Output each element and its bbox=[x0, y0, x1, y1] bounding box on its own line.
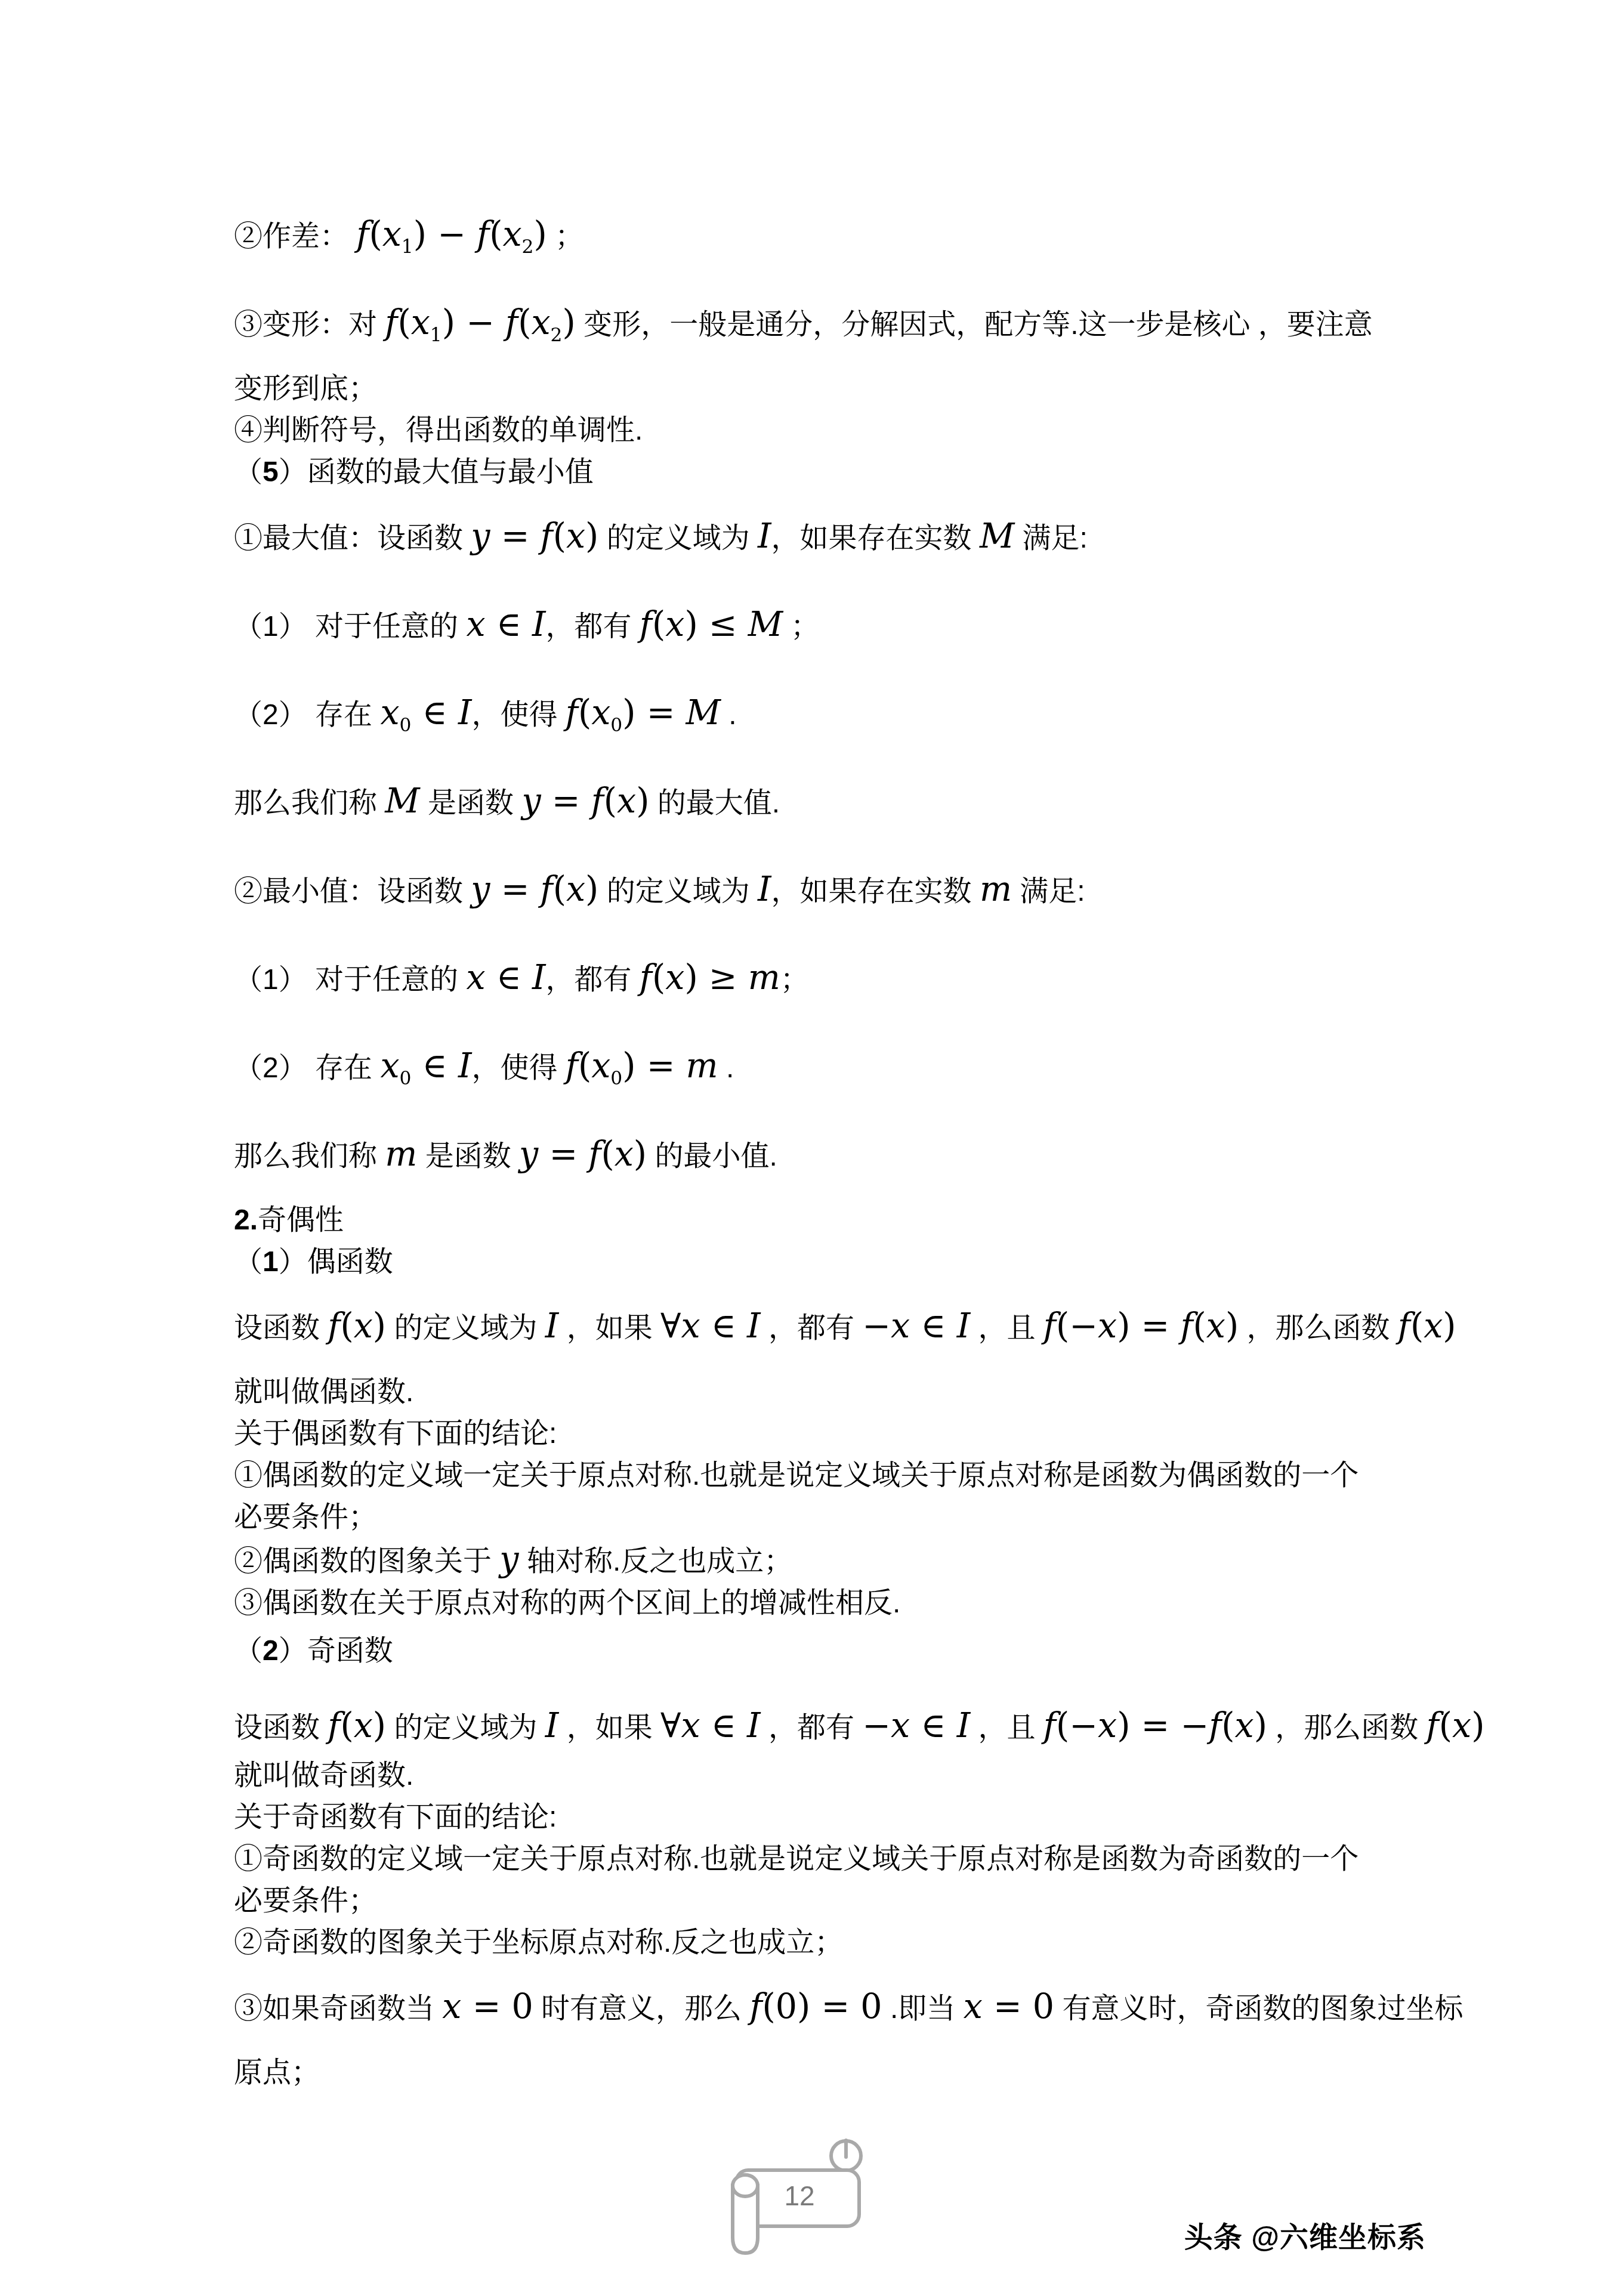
odd-conclusion-3-cont: 原点； bbox=[234, 2054, 1427, 2091]
text-run: 就叫做奇函数. bbox=[234, 1760, 413, 1791]
text-run: ③偶函数在关于原点对称的两个区间上的增减性相反. bbox=[234, 1587, 900, 1619]
text-run: .即当 bbox=[882, 1993, 964, 2025]
text-run: ，都有 bbox=[546, 964, 640, 996]
min-def-intro: ②最小值：设函数 y = f(x) 的定义域为 I，如果存在实数 m 满足: bbox=[234, 871, 1427, 910]
text-run: ； bbox=[783, 611, 819, 642]
math-formula: f(−x) = f(x) bbox=[1043, 1306, 1239, 1346]
math-formula: x0 ∈ I bbox=[380, 1046, 471, 1086]
even-def-cont: 就叫做偶函数. bbox=[234, 1374, 1427, 1411]
math-formula: ∀x ∈ I bbox=[660, 1706, 761, 1745]
even-function-header: （1）偶函数 bbox=[234, 1244, 1427, 1281]
math-formula: m bbox=[385, 1135, 417, 1174]
math-formula: x0 ∈ I bbox=[380, 693, 471, 733]
text-run: ，那么函数 bbox=[1267, 1712, 1427, 1744]
text-run: ）奇函数 bbox=[279, 1635, 393, 1667]
step-transform-cont: 变形到底； bbox=[234, 370, 1427, 407]
math-formula: y = f(x) bbox=[471, 517, 598, 556]
text-run: （1） 对于任意的 bbox=[234, 964, 466, 996]
text-run: ③变形：对 bbox=[234, 309, 385, 341]
bold-run: 5 bbox=[263, 456, 279, 488]
text-run: ②偶函数的图象关于 bbox=[234, 1546, 499, 1577]
math-formula: I bbox=[545, 1306, 559, 1346]
text-run: ，使得 bbox=[471, 699, 565, 731]
step-subtract: ②作差： f(x1) − f(x2) ； bbox=[234, 216, 1427, 255]
text-run: ）函数的最大值与最小值 bbox=[279, 456, 594, 488]
text-run: 的定义域为 bbox=[598, 523, 758, 554]
document-page: ②作差： f(x1) − f(x2) ；③变形：对 f(x1) − f(x2) … bbox=[0, 0, 1624, 2296]
max-def-intro: ①最大值：设函数 y = f(x) 的定义域为 I，如果存在实数 M 满足: bbox=[234, 518, 1427, 557]
math-formula: f(x1) − f(x2) bbox=[385, 303, 575, 342]
bold-run: 2. bbox=[234, 1204, 258, 1236]
text-run: 那么我们称 bbox=[234, 787, 385, 819]
watermark: 头条 @六维坐标系 bbox=[1184, 2214, 1426, 2255]
section-5-max-min: （5）函数的最大值与最小值 bbox=[234, 454, 1427, 491]
text-run: ②最小值：设函数 bbox=[234, 876, 471, 907]
math-formula: ∀x ∈ I bbox=[660, 1306, 761, 1346]
math-formula: x ∈ I bbox=[466, 605, 545, 644]
max-cond-2: （2） 存在 x0 ∈ I，使得 f(x0) = M . bbox=[234, 694, 1427, 734]
math-formula: x = 0 bbox=[442, 1987, 533, 2026]
text-run: 是函数 bbox=[417, 1141, 519, 1172]
step-transform: ③变形：对 f(x1) − f(x2) 变形，一般是通分，分解因式，配方等.这一… bbox=[234, 304, 1427, 344]
even-conclusion-1-cont: 必要条件； bbox=[234, 1499, 1427, 1536]
text-run: 是函数 bbox=[420, 787, 522, 819]
page-number: 12 bbox=[752, 2181, 847, 2211]
text-run: 的定义域为 bbox=[598, 876, 758, 907]
math-formula: f(x) bbox=[1427, 1706, 1485, 1745]
text-run: 的定义域为 bbox=[386, 1312, 545, 1344]
math-formula: x = 0 bbox=[964, 1987, 1054, 2026]
text-run: 关于偶函数有下面的结论: bbox=[234, 1418, 557, 1450]
text-run: ，如果存在实数 bbox=[771, 876, 980, 907]
math-formula: I bbox=[545, 1706, 559, 1745]
text-run: ，如果存在实数 bbox=[771, 523, 980, 554]
text-run: 轴对称.反之也成立； bbox=[519, 1546, 793, 1577]
text-run: ①最大值：设函数 bbox=[234, 523, 471, 554]
text-run: ②奇函数的图象关于坐标原点对称.反之也成立； bbox=[234, 1927, 843, 1958]
text-run: ③如果奇函数当 bbox=[234, 1993, 442, 2025]
text-run: . bbox=[721, 699, 737, 731]
text-run: 设函数 bbox=[234, 1312, 328, 1344]
odd-def-cont: 就叫做奇函数. bbox=[234, 1757, 1427, 1794]
text-run: ，那么函数 bbox=[1239, 1312, 1398, 1344]
text-run: ）偶函数 bbox=[279, 1246, 393, 1278]
odd-conclusion-2: ②奇函数的图象关于坐标原点对称.反之也成立； bbox=[234, 1924, 1427, 1961]
text-run: 就叫做偶函数. bbox=[234, 1376, 413, 1408]
text-run: ④判断符号，得出函数的单调性. bbox=[234, 415, 643, 446]
odd-conclusion-1: ①奇函数的定义域一定关于原点对称.也就是说定义域关于原点对称是函数为奇函数的一个 bbox=[234, 1841, 1427, 1878]
document-body: ②作差： f(x1) − f(x2) ；③变形：对 f(x1) − f(x2) … bbox=[234, 216, 1427, 2091]
math-formula: y bbox=[499, 1540, 518, 1579]
text-run: 设函数 bbox=[234, 1712, 328, 1744]
text-run: ，如果 bbox=[558, 1712, 660, 1744]
text-run: （2） 存在 bbox=[234, 699, 380, 731]
text-run: 奇偶性 bbox=[258, 1204, 344, 1236]
text-run: ； bbox=[780, 964, 809, 996]
min-conclusion: 那么我们称 m 是函数 y = f(x) 的最小值. bbox=[234, 1136, 1427, 1175]
text-run: 的定义域为 bbox=[386, 1712, 545, 1744]
math-formula: f(x) bbox=[328, 1306, 386, 1346]
text-run: ①奇函数的定义域一定关于原点对称.也就是说定义域关于原点对称是函数为奇函数的一个 bbox=[234, 1843, 1359, 1875]
text-run: （ bbox=[234, 1246, 263, 1278]
math-formula: f(−x) = −f(x) bbox=[1043, 1706, 1267, 1745]
text-run: （ bbox=[234, 1635, 263, 1667]
math-formula: f(x0) = m bbox=[566, 1046, 718, 1086]
math-formula: f(x1) − f(x2) bbox=[356, 215, 547, 254]
math-formula: M bbox=[385, 781, 419, 821]
text-run: 满足: bbox=[1012, 876, 1085, 907]
bold-run: 2 bbox=[263, 1635, 279, 1667]
text-run: ，且 bbox=[970, 1312, 1043, 1344]
text-run: . bbox=[718, 1052, 734, 1084]
even-conclusion-2: ②偶函数的图象关于 y 轴对称.反之也成立； bbox=[234, 1541, 1427, 1580]
even-conclusions-intro: 关于偶函数有下面的结论: bbox=[234, 1416, 1427, 1453]
text-run: 有意义时，奇函数的图象过坐标 bbox=[1054, 1993, 1463, 2025]
step-judge-sign: ④判断符号，得出函数的单调性. bbox=[234, 412, 1427, 449]
math-formula: f(x) bbox=[1398, 1306, 1456, 1346]
math-formula: I bbox=[758, 517, 771, 556]
text-run: 必要条件； bbox=[234, 1885, 377, 1917]
odd-conclusion-3: ③如果奇函数当 x = 0 时有意义，那么 f(0) = 0 .即当 x = 0… bbox=[234, 1988, 1427, 2028]
text-run: 变形，一般是通分，分解因式，配方等.这一步是核心 ，要注意 bbox=[576, 309, 1373, 341]
math-formula: f(x0) = M bbox=[566, 693, 721, 733]
math-formula: f(x) ≤ M bbox=[640, 605, 783, 644]
text-run: ； bbox=[547, 221, 583, 252]
odd-def: 设函数 f(x) 的定义域为 I ，如果 ∀x ∈ I ，都有 −x ∈ I ，… bbox=[234, 1707, 1427, 1747]
even-conclusion-3: ③偶函数在关于原点对称的两个区间上的增减性相反. bbox=[234, 1585, 1427, 1622]
math-formula: f(x) ≥ m bbox=[640, 958, 780, 997]
text-run: （1） 对于任意的 bbox=[234, 611, 466, 642]
math-formula: x ∈ I bbox=[466, 958, 545, 997]
text-run: 必要条件； bbox=[234, 1501, 377, 1533]
min-cond-1: （1） 对于任意的 x ∈ I，都有 f(x) ≥ m； bbox=[234, 959, 1427, 999]
text-run: ，都有 bbox=[761, 1712, 863, 1744]
text-run: 时有意义，那么 bbox=[533, 1993, 750, 2025]
section-2-parity: 2.奇偶性 bbox=[234, 1202, 1427, 1239]
text-run: ，如果 bbox=[558, 1312, 660, 1344]
text-run: ②作差： bbox=[234, 221, 356, 252]
text-run: （2） 存在 bbox=[234, 1052, 380, 1084]
text-run: 那么我们称 bbox=[234, 1141, 385, 1172]
text-run: （ bbox=[234, 456, 263, 488]
text-run: ，都有 bbox=[546, 611, 640, 642]
text-run: ①偶函数的定义域一定关于原点对称.也就是说定义域关于原点对称是函数为偶函数的一个 bbox=[234, 1460, 1359, 1491]
text-run: 的最小值. bbox=[647, 1141, 777, 1172]
max-conclusion: 那么我们称 M 是函数 y = f(x) 的最大值. bbox=[234, 783, 1427, 822]
bold-run: 1 bbox=[263, 1246, 279, 1278]
even-def: 设函数 f(x) 的定义域为 I ，如果 ∀x ∈ I ，都有 −x ∈ I ，… bbox=[234, 1308, 1427, 1347]
math-formula: f(0) = 0 bbox=[749, 1987, 882, 2026]
math-formula: m bbox=[980, 870, 1012, 909]
text-run: 的最大值. bbox=[649, 787, 780, 819]
math-formula: −x ∈ I bbox=[862, 1706, 970, 1745]
math-formula: y = f(x) bbox=[519, 1135, 647, 1174]
text-run: 变形到底； bbox=[234, 373, 377, 404]
text-run: ，都有 bbox=[761, 1312, 863, 1344]
text-run: 原点； bbox=[234, 2057, 320, 2088]
text-run: ，使得 bbox=[471, 1052, 565, 1084]
max-cond-1: （1） 对于任意的 x ∈ I，都有 f(x) ≤ M ； bbox=[234, 606, 1427, 645]
odd-conclusion-1-cont: 必要条件； bbox=[234, 1883, 1427, 1920]
math-formula: I bbox=[758, 870, 771, 909]
text-run: 满足: bbox=[1014, 523, 1088, 554]
math-formula: y = f(x) bbox=[471, 870, 598, 909]
odd-conclusions-intro: 关于奇函数有下面的结论: bbox=[234, 1799, 1427, 1836]
odd-function-header: （2）奇函数 bbox=[234, 1633, 1427, 1670]
math-formula: y = f(x) bbox=[521, 781, 649, 821]
text-run: ，且 bbox=[970, 1712, 1043, 1744]
math-formula: −x ∈ I bbox=[862, 1306, 970, 1346]
even-conclusion-1: ①偶函数的定义域一定关于原点对称.也就是说定义域关于原点对称是函数为偶函数的一个 bbox=[234, 1457, 1427, 1494]
math-formula: f(x) bbox=[328, 1706, 386, 1745]
text-run: 关于奇函数有下面的结论: bbox=[234, 1801, 557, 1833]
math-formula: M bbox=[980, 517, 1014, 556]
min-cond-2: （2） 存在 x0 ∈ I，使得 f(x0) = m . bbox=[234, 1047, 1427, 1087]
